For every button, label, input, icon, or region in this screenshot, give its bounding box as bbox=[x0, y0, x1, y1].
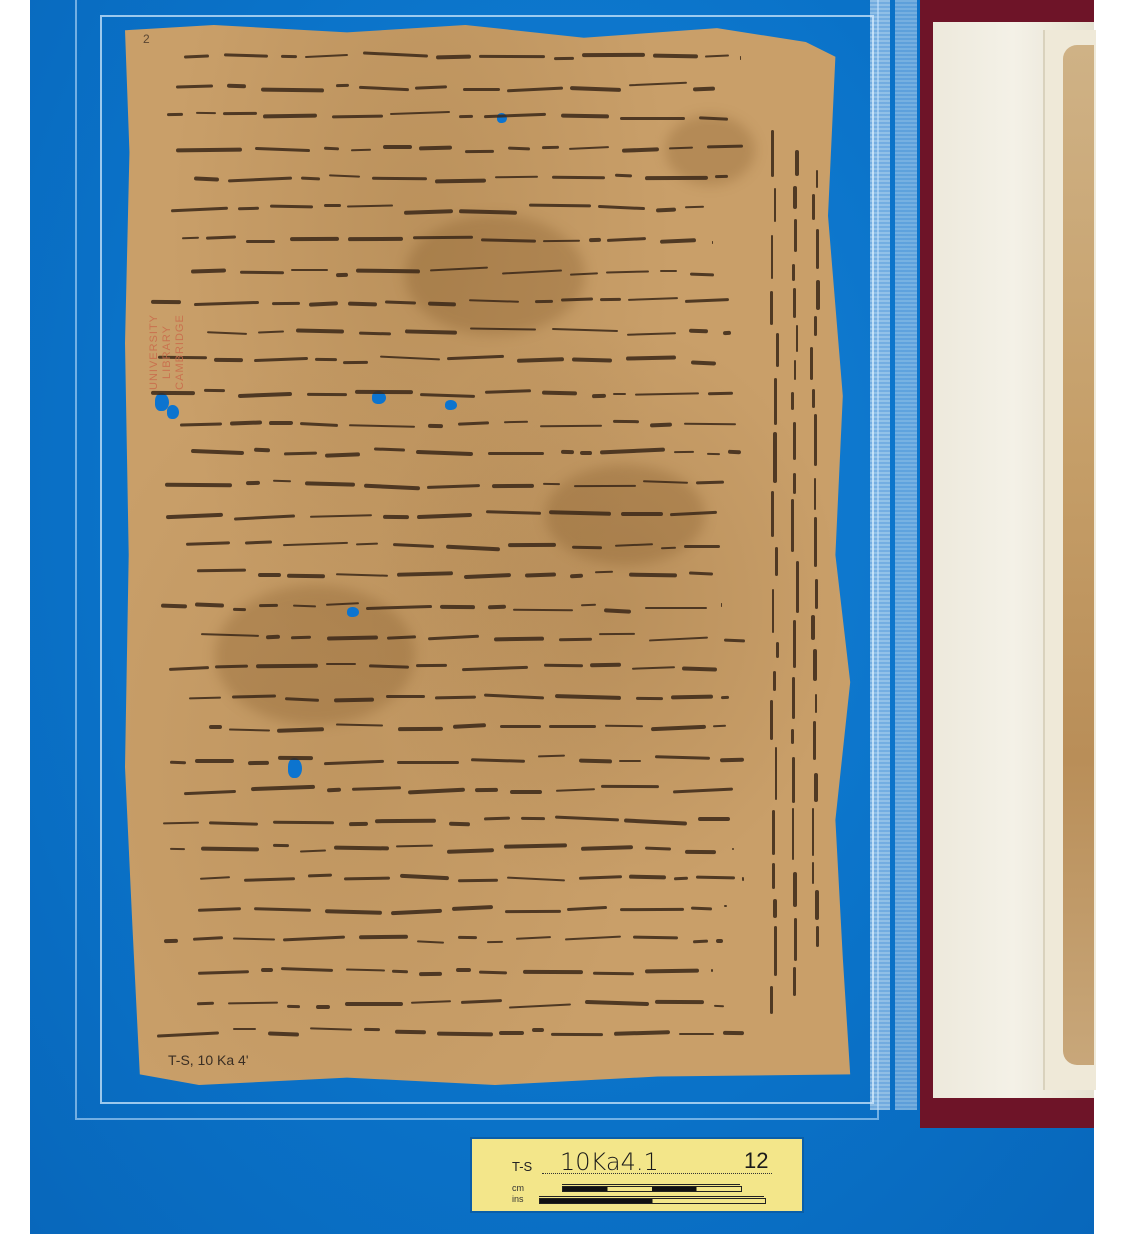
margin-handwriting-stroke bbox=[816, 229, 820, 269]
worm-hole bbox=[347, 607, 359, 617]
margin-handwriting-stroke bbox=[793, 186, 796, 209]
stamp-line: LIBRARY bbox=[161, 314, 174, 390]
scale-ins-bar bbox=[539, 1198, 766, 1204]
margin-handwriting-stroke bbox=[773, 899, 776, 919]
stain bbox=[405, 215, 585, 335]
margin-handwriting-stroke bbox=[794, 219, 797, 251]
handwriting-stroke bbox=[693, 939, 708, 942]
handwriting-stroke bbox=[671, 695, 713, 699]
handwriting-stroke bbox=[691, 906, 712, 910]
stamp-line: UNIVERSITY bbox=[148, 314, 161, 390]
handwriting-stroke bbox=[398, 727, 443, 731]
handwriting-stroke bbox=[418, 145, 451, 150]
handwriting-stroke bbox=[355, 390, 413, 394]
handwriting-stroke bbox=[456, 968, 471, 972]
margin-handwriting-stroke bbox=[794, 918, 797, 961]
handwriting-stroke bbox=[559, 637, 592, 641]
margin-handwriting-stroke bbox=[770, 700, 772, 740]
margin-handwriting-stroke bbox=[774, 188, 776, 222]
margin-handwriting-stroke bbox=[772, 863, 774, 889]
handwriting-stroke bbox=[246, 240, 275, 243]
margin-handwriting-stroke bbox=[812, 389, 815, 408]
margin-handwriting-stroke bbox=[816, 170, 818, 188]
handwriting-stroke bbox=[510, 790, 542, 794]
handwriting-stroke bbox=[488, 452, 544, 455]
margin-handwriting-stroke bbox=[792, 264, 795, 281]
handwriting-stroke bbox=[209, 725, 222, 729]
handwriting-stroke bbox=[595, 570, 613, 573]
margin-handwriting-stroke bbox=[770, 291, 773, 325]
handwriting-stroke bbox=[543, 239, 580, 242]
handwriting-stroke bbox=[740, 56, 741, 60]
folio-number: 2 bbox=[143, 32, 150, 46]
handwriting-stroke bbox=[720, 757, 744, 762]
label-shelfmark: 10Ka4.1 bbox=[560, 1148, 659, 1176]
handwriting-stroke bbox=[240, 270, 284, 273]
handwriting-stroke bbox=[542, 146, 559, 150]
handwriting-stroke bbox=[386, 695, 425, 698]
margin-handwriting-stroke bbox=[776, 333, 779, 367]
handwriting-stroke bbox=[344, 876, 390, 880]
handwriting-stroke bbox=[572, 545, 602, 549]
margin-handwriting-stroke bbox=[813, 649, 817, 681]
margin-handwriting-stroke bbox=[792, 677, 795, 719]
handwriting-stroke bbox=[492, 484, 534, 488]
margin-handwriting-stroke bbox=[795, 150, 799, 176]
handwriting-stroke bbox=[685, 850, 716, 855]
handwriting-stroke bbox=[696, 875, 735, 879]
scale-cm-bar bbox=[562, 1186, 742, 1192]
handwriting-stroke bbox=[620, 907, 684, 910]
shelfmark-label: T-S 10Ka4.1 12 cm ins bbox=[472, 1139, 802, 1211]
handwriting-stroke bbox=[223, 112, 257, 115]
pencil-shelfmark: T-S, 10 Ka 4' bbox=[168, 1052, 249, 1068]
handwriting-stroke bbox=[655, 1000, 704, 1004]
margin-handwriting-stroke bbox=[814, 517, 817, 567]
handwriting-stroke bbox=[532, 1028, 544, 1032]
handwriting-stroke bbox=[673, 450, 693, 452]
handwriting-stroke bbox=[554, 56, 574, 59]
handwriting-stroke bbox=[248, 761, 269, 766]
stain bbox=[665, 115, 755, 185]
handwriting-stroke bbox=[505, 910, 561, 913]
margin-handwriting-stroke bbox=[791, 392, 794, 410]
margin-handwriting-stroke bbox=[794, 360, 796, 380]
handwriting-stroke bbox=[629, 573, 677, 578]
handwriting-stroke bbox=[487, 941, 503, 943]
handwriting-stroke bbox=[345, 1002, 403, 1006]
library-stamp: UNIVERSITY LIBRARY CAMBRIDGE bbox=[148, 314, 187, 390]
margin-handwriting-stroke bbox=[816, 926, 820, 947]
margin-handwriting-stroke bbox=[773, 671, 776, 691]
handwriting-stroke bbox=[272, 301, 300, 304]
handwriting-stroke bbox=[708, 391, 733, 395]
handwriting-stroke bbox=[621, 512, 663, 516]
margin-handwriting-stroke bbox=[815, 579, 819, 609]
handwriting-stroke bbox=[348, 236, 403, 240]
handwriting-stroke bbox=[463, 88, 500, 92]
margin-handwriting-stroke bbox=[771, 130, 773, 177]
margin-handwriting-stroke bbox=[793, 422, 796, 460]
handwriting-stroke bbox=[619, 760, 641, 762]
handwriting-stroke bbox=[620, 117, 685, 120]
margin-handwriting-stroke bbox=[772, 589, 775, 633]
handwriting-stroke bbox=[523, 970, 583, 974]
handwriting-stroke bbox=[715, 175, 728, 178]
handwriting-stroke bbox=[711, 969, 713, 972]
margin-handwriting-stroke bbox=[816, 280, 820, 310]
handwriting-stroke bbox=[397, 761, 459, 764]
margin-handwriting-stroke bbox=[793, 967, 795, 996]
handwriting-stroke bbox=[356, 268, 420, 273]
margin-handwriting-stroke bbox=[774, 926, 777, 976]
handwriting-stroke bbox=[722, 331, 730, 335]
handwriting-stroke bbox=[277, 756, 312, 760]
handwriting-stroke bbox=[281, 55, 297, 58]
margin-handwriting-stroke bbox=[812, 808, 815, 856]
margin-handwriting-stroke bbox=[796, 561, 799, 613]
handwriting-stroke bbox=[500, 725, 541, 728]
worm-hole bbox=[445, 400, 457, 410]
handwriting-stroke bbox=[261, 967, 273, 971]
handwriting-stroke bbox=[684, 422, 736, 425]
margin-handwriting-stroke bbox=[814, 478, 816, 510]
handwriting-stroke bbox=[698, 817, 730, 821]
scale-cm-rule bbox=[562, 1184, 740, 1185]
handwriting-stroke bbox=[238, 207, 259, 210]
handwriting-stroke bbox=[437, 1032, 493, 1036]
handwriting-stroke bbox=[570, 574, 583, 578]
handwriting-stroke bbox=[273, 844, 290, 847]
handwriting-stroke bbox=[230, 420, 263, 425]
handwriting-stroke bbox=[551, 1032, 603, 1035]
handwriting-stroke bbox=[263, 113, 317, 118]
margin-handwriting-stroke bbox=[775, 747, 777, 799]
handwriting-stroke bbox=[201, 846, 259, 850]
margin-handwriting-stroke bbox=[776, 642, 779, 659]
handwriting-stroke bbox=[151, 390, 195, 394]
handwriting-stroke bbox=[316, 1005, 330, 1009]
scale-ins-rule bbox=[539, 1196, 764, 1197]
handwriting-stroke bbox=[427, 301, 455, 306]
margin-handwriting-stroke bbox=[772, 810, 775, 855]
margin-handwriting-stroke bbox=[773, 432, 777, 483]
handwriting-stroke bbox=[226, 84, 245, 89]
handwriting-stroke bbox=[645, 607, 707, 609]
handwriting-stroke bbox=[580, 451, 592, 455]
handwriting-stroke bbox=[590, 662, 621, 666]
handwriting-stroke bbox=[459, 115, 473, 118]
margin-handwriting-stroke bbox=[770, 986, 772, 1014]
handwriting-stroke bbox=[334, 698, 374, 703]
margin-handwriting-stroke bbox=[812, 194, 815, 220]
margin-handwriting-stroke bbox=[775, 547, 778, 576]
margin-handwriting-stroke bbox=[811, 615, 815, 641]
handwriting-stroke bbox=[508, 146, 530, 150]
book-fragment-edge bbox=[1063, 45, 1094, 1065]
handwriting-stroke bbox=[535, 300, 553, 303]
handwriting-stroke bbox=[645, 175, 708, 180]
margin-handwriting-stroke bbox=[793, 872, 796, 907]
handwriting-stroke bbox=[479, 54, 545, 57]
handwriting-stroke bbox=[287, 1005, 300, 1009]
handwriting-stroke bbox=[601, 785, 659, 788]
worm-hole bbox=[167, 405, 179, 419]
handwriting-stroke bbox=[261, 87, 324, 92]
handwriting-stroke bbox=[728, 449, 741, 453]
handwriting-stroke bbox=[395, 1029, 426, 1033]
handwriting-stroke bbox=[375, 818, 436, 822]
margin-handwriting-stroke bbox=[814, 316, 817, 336]
margin-handwriting-stroke bbox=[771, 491, 774, 537]
handwriting-stroke bbox=[440, 604, 475, 608]
margin-handwriting-stroke bbox=[812, 862, 814, 884]
margin-handwriting-stroke bbox=[814, 773, 818, 802]
margin-handwriting-stroke bbox=[774, 378, 777, 424]
handwriting-stroke bbox=[269, 421, 293, 426]
margin-handwriting-stroke bbox=[810, 347, 813, 379]
handwriting-stroke bbox=[435, 178, 486, 182]
handwriting-stroke bbox=[287, 574, 325, 579]
tissue-strip bbox=[895, 0, 917, 1110]
handwriting-stroke bbox=[195, 759, 234, 763]
handwriting-stroke bbox=[689, 328, 708, 333]
handwriting-stroke bbox=[273, 820, 334, 824]
margin-handwriting-stroke bbox=[793, 473, 796, 494]
handwriting-stroke bbox=[661, 546, 676, 549]
margin-handwriting-stroke bbox=[815, 694, 817, 714]
handwriting-stroke bbox=[349, 821, 368, 826]
handwriting-stroke bbox=[214, 358, 243, 362]
margin-handwriting-stroke bbox=[791, 729, 794, 744]
handwriting-stroke bbox=[636, 697, 663, 701]
handwriting-stroke bbox=[723, 1031, 744, 1035]
handwriting-stroke bbox=[474, 788, 497, 792]
handwriting-stroke bbox=[383, 145, 412, 149]
label-prefix: T-S bbox=[512, 1159, 532, 1174]
scale-ins-label: ins bbox=[512, 1194, 524, 1204]
handwriting-stroke bbox=[326, 663, 356, 665]
margin-handwriting-stroke bbox=[793, 288, 797, 318]
margin-handwriting-stroke bbox=[792, 808, 794, 860]
margin-handwriting-stroke bbox=[813, 721, 816, 761]
handwriting-stroke bbox=[413, 236, 473, 240]
stamp-line: CAMBRIDGE bbox=[174, 314, 187, 390]
handwriting-stroke bbox=[543, 483, 560, 485]
label-folio: 12 bbox=[744, 1148, 768, 1174]
handwriting-stroke bbox=[589, 238, 601, 242]
handwriting-stroke bbox=[290, 237, 339, 241]
margin-handwriting-stroke bbox=[791, 499, 794, 552]
margin-handwriting-stroke bbox=[815, 890, 818, 920]
handwriting-stroke bbox=[592, 393, 606, 398]
handwriting-stroke bbox=[660, 270, 677, 272]
handwriting-stroke bbox=[151, 300, 181, 304]
handwriting-stroke bbox=[161, 603, 187, 608]
handwriting-stroke bbox=[215, 664, 248, 667]
handwriting-stroke bbox=[266, 634, 280, 639]
margin-handwriting-stroke bbox=[793, 620, 796, 668]
handwriting-stroke bbox=[613, 420, 639, 424]
handwriting-stroke bbox=[544, 664, 583, 667]
handwriting-stroke bbox=[615, 173, 632, 177]
handwriting-stroke bbox=[707, 453, 720, 455]
manuscript-fragment bbox=[125, 25, 865, 1085]
handwriting-stroke bbox=[334, 845, 389, 850]
scale-cm-label: cm bbox=[512, 1183, 524, 1193]
handwriting-stroke bbox=[508, 543, 556, 548]
handwriting-stroke bbox=[488, 605, 506, 610]
handwriting-stroke bbox=[246, 480, 260, 485]
handwriting-stroke bbox=[336, 273, 348, 277]
handwriting-stroke bbox=[233, 608, 246, 611]
margin-handwriting-stroke bbox=[796, 325, 798, 352]
margin-handwriting-stroke bbox=[771, 235, 773, 279]
worm-hole bbox=[288, 758, 302, 778]
handwriting-stroke bbox=[685, 206, 704, 209]
handwriting-stroke bbox=[540, 425, 602, 428]
margin-handwriting-stroke bbox=[792, 757, 795, 803]
handwriting-stroke bbox=[315, 358, 337, 361]
margin-handwriting-stroke bbox=[814, 414, 817, 466]
handwriting-stroke bbox=[458, 878, 498, 882]
handwriting-stroke bbox=[521, 817, 545, 820]
handwriting-stroke bbox=[458, 936, 477, 939]
handwriting-stroke bbox=[324, 204, 341, 207]
